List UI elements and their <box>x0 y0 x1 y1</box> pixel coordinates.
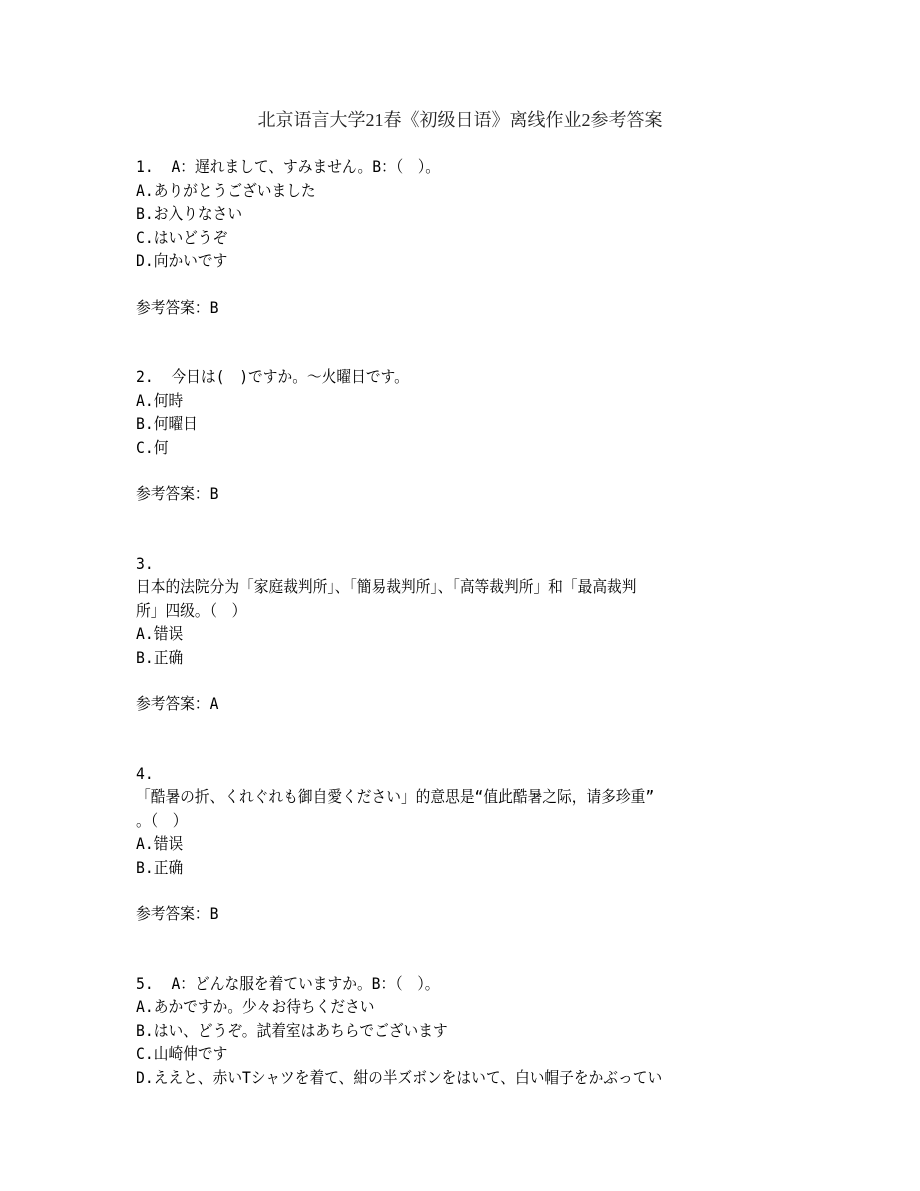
question-stem: 1. A：遅れまして、すみません。B：（ ）。 <box>136 155 743 179</box>
option-c: C.何 <box>136 436 743 460</box>
question-stem: 2. 今日は( )ですか。～火曜日です。 <box>136 365 743 389</box>
spacer <box>136 716 796 762</box>
option-b: B.正确 <box>136 856 743 880</box>
option-c: C.はいどうぞ <box>136 226 743 250</box>
question-number: 4. <box>136 762 743 786</box>
option-d: D.ええと、赤いTシャツを着て、紺の半ズボンをはいて、白い帽子をかぶってい <box>136 1066 743 1090</box>
document-body: 1. A：遅れまして、すみません。B：（ ）。 A.ありがとうございました B.… <box>136 155 796 1089</box>
page-title: 北京语言大学21春《初级日语》离线作业2参考答案 <box>0 108 920 132</box>
question-number: 3. <box>136 552 743 576</box>
question-stem: 5. A：どんな服を着ていますか。B：（ ）。 <box>136 972 743 996</box>
answer-key: 参考答案：B <box>136 296 743 320</box>
question-stem: 日本的法院分为「家庭裁判所」、「簡易裁判所」、「高等裁判所」和「最高裁判 <box>136 575 743 599</box>
answer-key: 参考答案：B <box>136 482 743 506</box>
option-a: A.あかですか。少々お待ちください <box>136 995 743 1019</box>
question-3: 3. 日本的法院分为「家庭裁判所」、「簡易裁判所」、「高等裁判所」和「最高裁判 … <box>136 552 796 716</box>
option-c: C.山崎伸です <box>136 1042 743 1066</box>
question-4: 4. 「酷暑の折、くれぐれも御自愛ください」的意思是“值此酷暑之际，请多珍重” … <box>136 762 796 926</box>
answer-key: 参考答案：B <box>136 902 743 926</box>
answer-key: 参考答案：A <box>136 692 743 716</box>
question-stem-cont: 所」四级。（ ） <box>136 599 743 623</box>
option-b: B.何曜日 <box>136 412 743 436</box>
question-5: 5. A：どんな服を着ていますか。B：（ ）。 A.あかですか。少々お待ちくださ… <box>136 972 796 1090</box>
spacer <box>136 506 796 552</box>
spacer <box>136 926 796 972</box>
question-stem-cont: 。（ ） <box>136 809 743 833</box>
option-a: A.何時 <box>136 389 743 413</box>
option-b: B.お入りなさい <box>136 202 743 226</box>
question-1: 1. A：遅れまして、すみません。B：（ ）。 A.ありがとうございました B.… <box>136 155 796 319</box>
question-2: 2. 今日は( )ですか。～火曜日です。 A.何時 B.何曜日 C.何 参考答案… <box>136 365 796 506</box>
option-d: D.向かいです <box>136 249 743 273</box>
option-b: B.はい、どうぞ。試着室はあちらでございます <box>136 1019 743 1043</box>
option-a: A.错误 <box>136 622 743 646</box>
question-stem: 「酷暑の折、くれぐれも御自愛ください」的意思是“值此酷暑之际，请多珍重” <box>136 785 743 809</box>
option-a: A.错误 <box>136 832 743 856</box>
spacer <box>136 319 796 365</box>
option-a: A.ありがとうございました <box>136 179 743 203</box>
option-b: B.正确 <box>136 646 743 670</box>
